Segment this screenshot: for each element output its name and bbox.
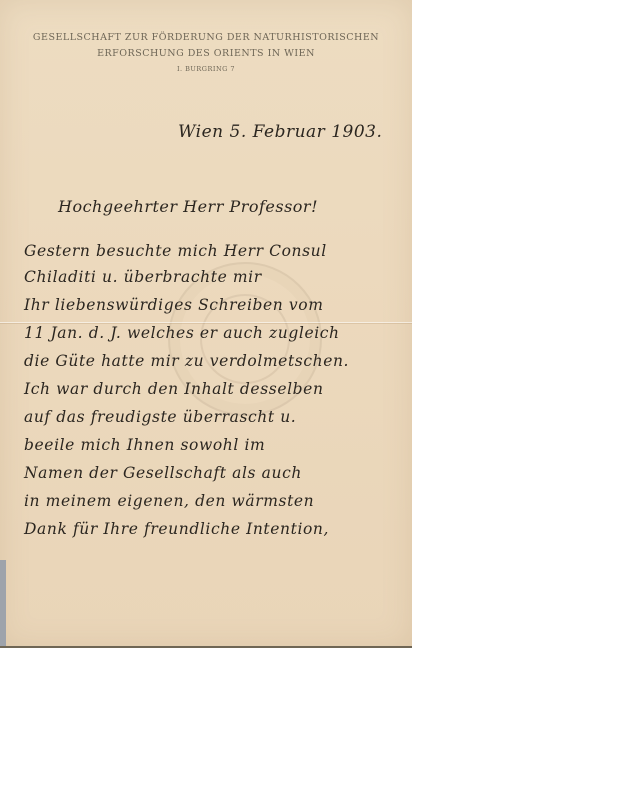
letter-body-line: beeile mich Ihnen sowohl im [24,436,404,454]
letter-body-line: die Güte hatte mir zu verdolmetschen. [24,352,404,370]
letter-salutation: Hochgeehrter Herr Professor! [58,197,318,216]
letterhead-society-name-line2: ERFORSCHUNG DES ORIENTS IN WIEN [0,46,412,62]
letterhead-address: I. BURGRING 7 [0,63,412,75]
paper-fold-line [0,322,412,323]
letter-body-line: 11 Jan. d. J. welches er auch zugleich [24,324,404,342]
letter-body-line: Ihr liebenswürdiges Schreiben vom [24,296,404,314]
letterhead: GESELLSCHAFT ZUR FÖRDERUNG DER NATURHIST… [0,30,412,75]
letter-dateline: Wien 5. Februar 1903. [178,122,382,142]
letter-body-line: Chiladiti u. überbrachte mir [24,268,404,286]
letter-body-line: Namen der Gesellschaft als auch [24,464,404,482]
letter-body-line: Ich war durch den Inhalt desselben [24,380,404,398]
letter-body-line: auf das freudigste überrascht u. [24,408,404,426]
letter-body-line: Gestern besuchte mich Herr Consul [24,242,404,260]
letter-page: GESELLSCHAFT ZUR FÖRDERUNG DER NATURHIST… [0,0,412,648]
scan-edge-shadow [0,560,6,648]
letterhead-society-name-line1: GESELLSCHAFT ZUR FÖRDERUNG DER NATURHIST… [0,30,412,46]
letter-body-line: Dank für Ihre freundliche Intention, [24,520,404,538]
letter-body-line: in meinem eigenen, den wärmsten [24,492,404,510]
